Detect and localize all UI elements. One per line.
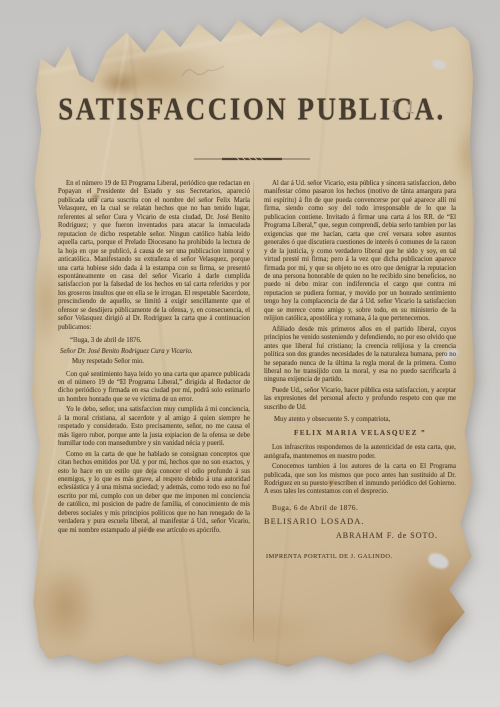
signature-soto: ABRAHAM F. de SOTO.	[264, 532, 456, 540]
column-divider-rule	[253, 180, 254, 642]
paragraph: Como en la carta de que he hablado se co…	[58, 451, 250, 536]
attestation-dateline: Buga, 6 de Abril de 1876.	[264, 504, 456, 512]
stain	[420, 610, 494, 664]
signature-velasquez: FELIX MARIA VELASQUEZ ”	[264, 429, 456, 437]
letter-addressee: Señor Dr. José Benito Rodriguez Cura y V…	[58, 348, 250, 356]
tapered-rule-icon	[192, 153, 312, 165]
letter-dateline: “Buga, 3 de abril de 1876.	[58, 337, 250, 345]
paragraph: Conocemos tambien á los autores de la ca…	[264, 463, 456, 497]
paper-chip	[431, 59, 447, 71]
paragraph: Puede Ud., señor Vicario, hacer pública …	[264, 387, 456, 412]
printer-imprint-line: IMPRENTA PORTATIL DE J. GALINDO.	[264, 553, 456, 561]
paragraph: Con qué sentimiento haya leido yo una ca…	[58, 371, 250, 405]
letter-salutation: Muy respetado Señor mio.	[58, 358, 250, 366]
pencil-mark-11: 11	[389, 97, 420, 119]
pencil-squiggle-mark	[178, 60, 228, 84]
attestation-paragraph: Los infrascritos respondemos de la auten…	[264, 444, 456, 461]
left-column: En el número 19 de El Programa Liberal, …	[58, 180, 250, 564]
stain	[32, 562, 98, 652]
ornamental-rule	[28, 152, 476, 170]
paragraph: Yo le debo, señor, una satisfaccion muy …	[58, 406, 250, 448]
document-body: En el número 19 de El Programa Liberal, …	[58, 180, 456, 564]
letter-closing: Muy atento y obsecuente S. y compatriota…	[264, 416, 456, 424]
paragraph-intro: En el número 19 de El Programa Liberal, …	[58, 180, 250, 332]
paragraph: Afiliado desde mis primeros años en el p…	[264, 326, 456, 385]
photographed-broadside: SATISFACCION PUBLICA. 11 En el número 19…	[28, 12, 476, 668]
paragraph: Al dar á Ud. señor Vicario, esta pública…	[264, 180, 456, 324]
stain	[198, 607, 328, 651]
paper-sheet: SATISFACCION PUBLICA. 11 En el número 19…	[28, 12, 476, 668]
signature-losada: BELISARIO LOSADA.	[264, 518, 456, 526]
right-column: Al dar á Ud. señor Vicario, esta pública…	[264, 180, 456, 564]
